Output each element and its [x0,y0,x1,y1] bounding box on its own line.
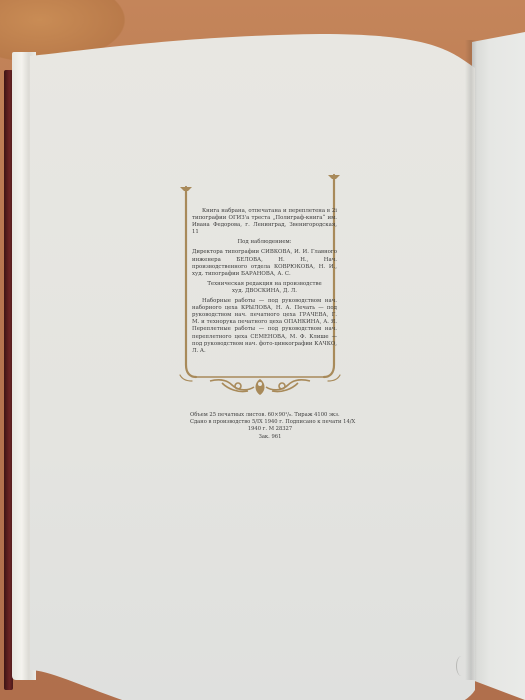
imprint-dates-line: Сдано в производство 5/IX 1940 г. Подпис… [190,419,350,426]
gutter-shadow [465,40,477,680]
tech-editor-line1: Техническая редакция на производстве [192,281,337,288]
colophon-printer-info: Книга набрана, отпечатана и переплетена … [192,208,337,236]
facing-page [472,30,525,700]
imprint-year-line: 1940 г. М 28327 [190,426,350,433]
imprint-block: Объем 25 печатных листов. 60×90¹/₈. Тира… [190,412,350,441]
imprint-volume-line: Объем 25 печатных листов. 60×90¹/₈. Тира… [190,412,350,419]
imprint-order-line: Зак. 961 [190,434,350,441]
supervision-heading: Под наблюдением: [192,239,337,246]
colophon-text: Книга набрана, отпечатана и переплетена … [192,208,337,358]
supervision-list: Директора типографии СИВКОВА, И. И. Глав… [192,249,337,277]
tech-editor-line2: худ. ДВОСКИНА, Д. Л. [192,288,337,295]
production-credits: Наборные работы — под руководством нач. … [192,298,337,355]
page-mark [456,656,467,676]
